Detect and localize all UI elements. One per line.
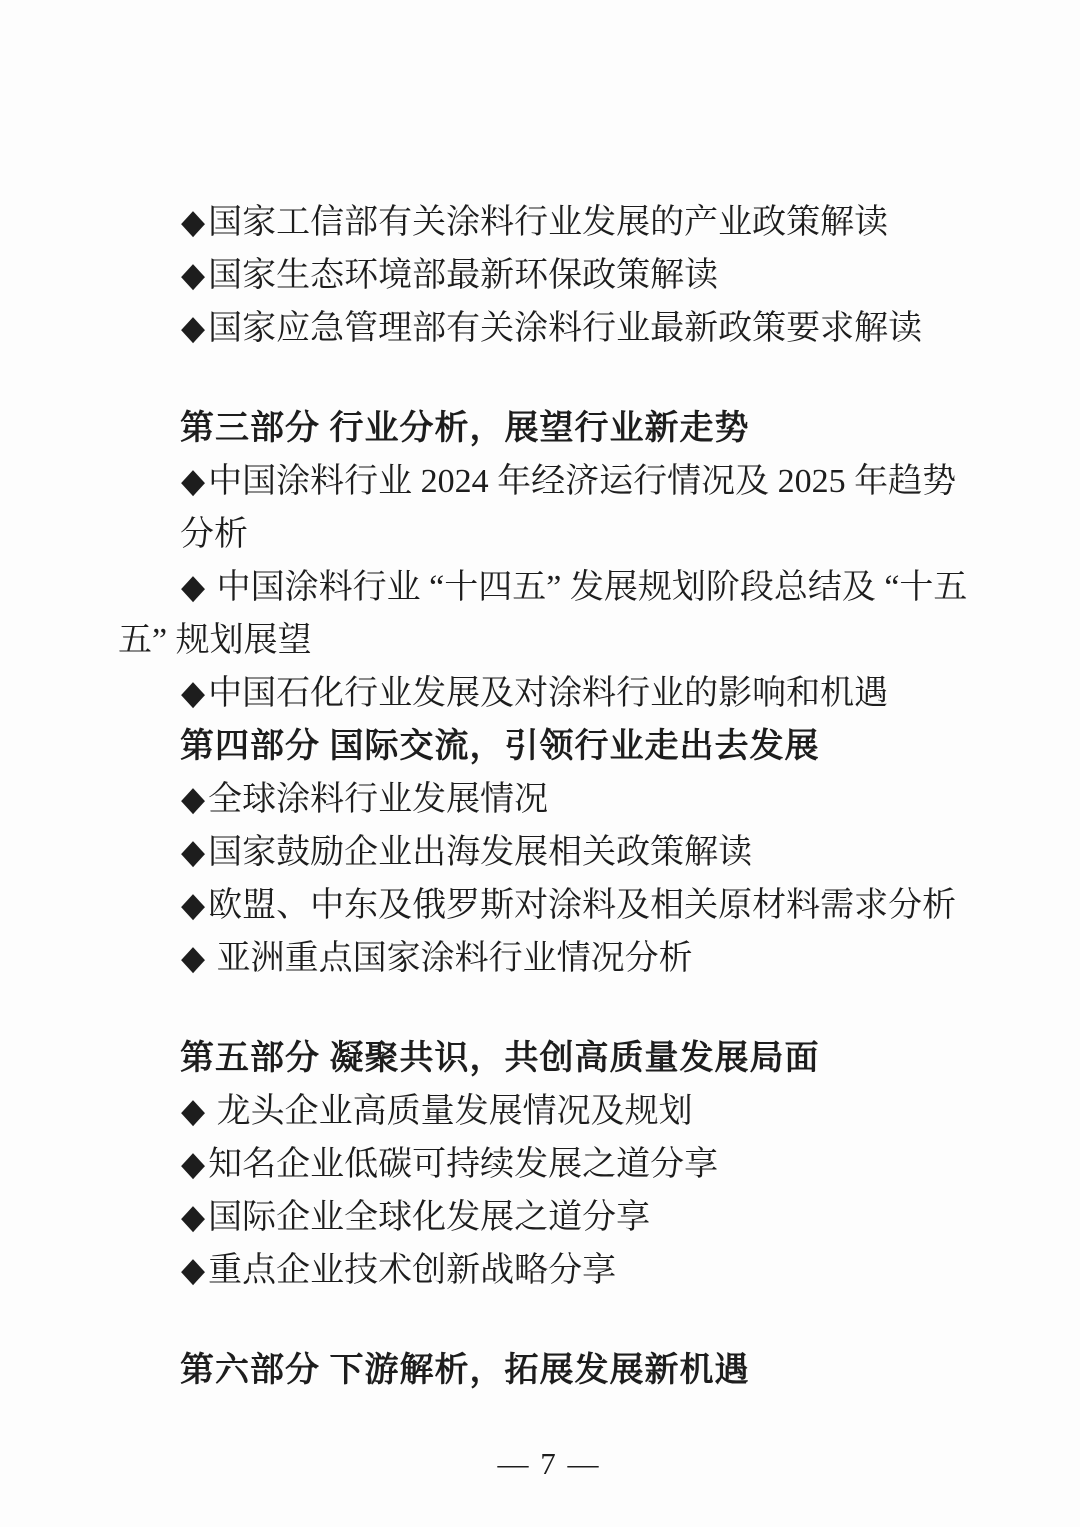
- list-item: ◆ 亚洲重点国家涂料行业情况分析: [118, 932, 980, 985]
- list-item-text: 国家应急管理部有关涂料行业最新政策要求解读: [208, 310, 922, 347]
- list-item-text: 中国涂料行业 2024 年经济运行情况及 2025 年趋势分析: [180, 463, 956, 553]
- list-item-text: 龙头企业高质量发展情况及规划: [208, 1093, 693, 1130]
- list-item: ◆ 龙头企业高质量发展情况及规划: [118, 1085, 980, 1138]
- diamond-bullet-icon: ◆: [181, 561, 205, 614]
- list-item-text: 国家生态环境部最新环保政策解读: [208, 257, 718, 294]
- list-item-text: 国家鼓励企业出海发展相关政策解读: [208, 834, 752, 871]
- diamond-bullet-icon: ◆: [181, 249, 205, 302]
- list-item-text: 知名企业低碳可持续发展之道分享: [208, 1146, 718, 1183]
- list-item-text: 中国涂料行业 “十四五” 发展规划阶段总结及 “十五: [208, 569, 967, 606]
- list-item: ◆国家生态环境部最新环保政策解读: [118, 249, 980, 302]
- list-item: ◆ 中国涂料行业 “十四五” 发展规划阶段总结及 “十五: [118, 561, 980, 614]
- list-item: ◆国家工信部有关涂料行业发展的产业政策解读: [118, 196, 980, 249]
- diamond-bullet-icon: ◆: [181, 826, 205, 879]
- list-item-text: 亚洲重点国家涂料行业情况分析: [208, 940, 693, 977]
- list-item-wrap-line: 五” 规划展望: [118, 614, 980, 667]
- diamond-bullet-icon: ◆: [181, 302, 205, 355]
- diamond-bullet-icon: ◆: [181, 667, 205, 720]
- list-item: ◆重点企业技术创新战略分享: [118, 1244, 980, 1297]
- diamond-bullet-icon: ◆: [181, 1138, 205, 1191]
- page-number: — 7 —: [118, 1437, 980, 1490]
- list-item-text: 全球涂料行业发展情况: [208, 781, 548, 818]
- diamond-bullet-icon: ◆: [181, 1191, 205, 1244]
- list-item-text: 五” 规划展望: [118, 622, 312, 659]
- list-item: ◆中国石化行业发展及对涂料行业的影响和机遇: [118, 667, 980, 720]
- list-item: ◆国家鼓励企业出海发展相关政策解读: [118, 826, 980, 879]
- list-item: ◆全球涂料行业发展情况: [118, 773, 980, 826]
- list-item-text: 重点企业技术创新战略分享: [208, 1252, 616, 1289]
- section-heading-text: 第五部分 凝聚共识，共创高质量发展局面: [180, 1040, 820, 1077]
- diamond-bullet-icon: ◆: [181, 879, 205, 932]
- section-heading-part4: 第四部分 国际交流，引领行业走出去发展: [118, 720, 980, 773]
- section-heading-part3: 第三部分 行业分析，展望行业新走势: [118, 402, 980, 455]
- section-heading-text: 第四部分 国际交流，引领行业走出去发展: [180, 728, 820, 765]
- list-item-text: 欧盟、中东及俄罗斯对涂料及相关原材料需求分析: [208, 887, 956, 924]
- list-item: ◆知名企业低碳可持续发展之道分享: [118, 1138, 980, 1191]
- list-item-text: 中国石化行业发展及对涂料行业的影响和机遇: [208, 675, 888, 712]
- section-heading-part6: 第六部分 下游解析，拓展发展新机遇: [118, 1344, 980, 1397]
- diamond-bullet-icon: ◆: [181, 196, 205, 249]
- list-item: ◆国家应急管理部有关涂料行业最新政策要求解读: [118, 302, 980, 355]
- section-heading-text: 第六部分 下游解析，拓展发展新机遇: [180, 1352, 750, 1389]
- list-item: ◆欧盟、中东及俄罗斯对涂料及相关原材料需求分析: [118, 879, 980, 932]
- section-heading-text: 第三部分 行业分析，展望行业新走势: [180, 410, 750, 447]
- diamond-bullet-icon: ◆: [181, 455, 205, 508]
- diamond-bullet-icon: ◆: [181, 773, 205, 826]
- document-page: ◆国家工信部有关涂料行业发展的产业政策解读 ◆国家生态环境部最新环保政策解读 ◆…: [0, 0, 1080, 1527]
- list-item: ◆国际企业全球化发展之道分享: [118, 1191, 980, 1244]
- list-item: ◆中国涂料行业 2024 年经济运行情况及 2025 年趋势分析: [118, 455, 980, 561]
- diamond-bullet-icon: ◆: [181, 1085, 205, 1138]
- list-item-text: 国际企业全球化发展之道分享: [208, 1199, 650, 1236]
- diamond-bullet-icon: ◆: [181, 932, 205, 985]
- diamond-bullet-icon: ◆: [181, 1244, 205, 1297]
- list-item-text: 国家工信部有关涂料行业发展的产业政策解读: [208, 204, 888, 241]
- section-heading-part5: 第五部分 凝聚共识，共创高质量发展局面: [118, 1032, 980, 1085]
